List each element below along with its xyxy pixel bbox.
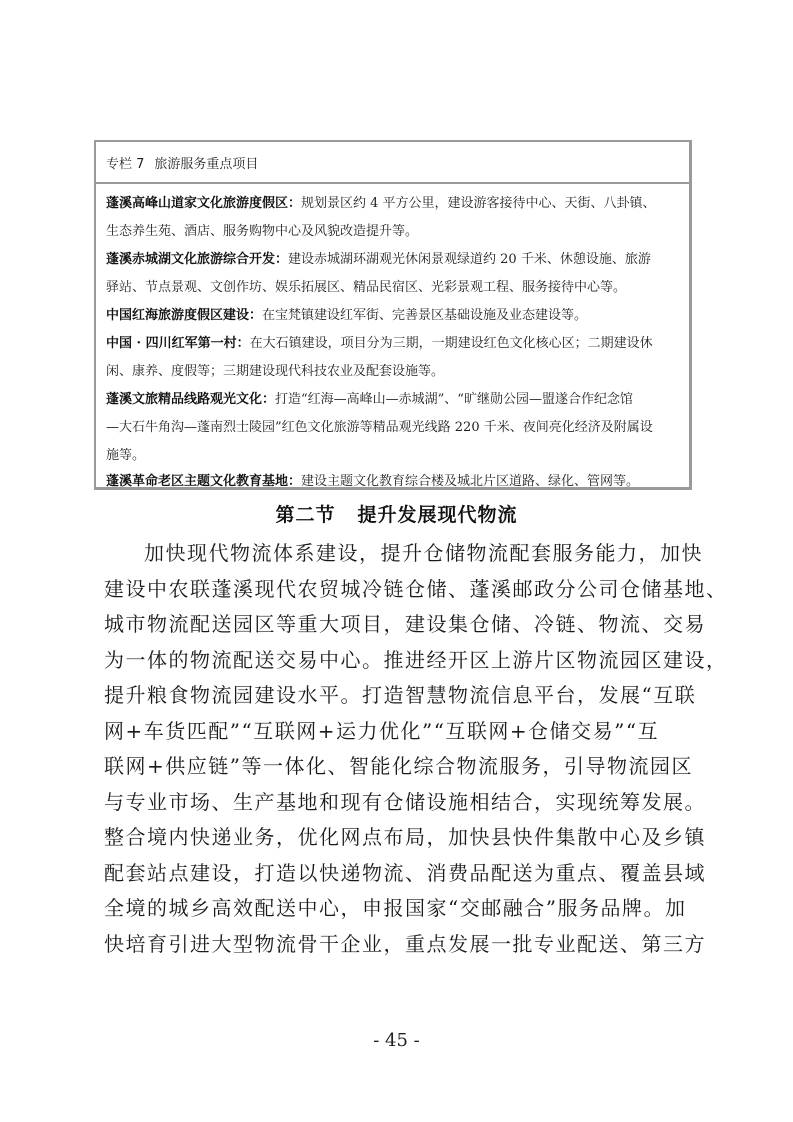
paragraph-line: 网+车货匹配”“互联网+运力优化”“互联网+仓储交易”“互 — [104, 714, 696, 750]
paragraph-line: 快培育引进大型物流骨干企业，重点发展一批专业配送、第三方 — [104, 927, 696, 963]
project-desc: 生态养生苑、酒店、服务购物中心及风貌改造提升等。 — [106, 224, 418, 239]
paragraph-line: 城市物流配送园区等重大项目，建设集仓储、冷链、物流、交易 — [104, 607, 696, 643]
paragraph-line: 建设中农联蓬溪现代农贸城冷链仓储、蓬溪邮政分公司仓储基地、 — [104, 572, 696, 608]
document-page: 专栏 7 旅游服务重点项目 蓬溪高峰山道家文化旅游度假区：规划景区约 4 平方公… — [0, 0, 793, 1122]
project-desc: 施等。 — [106, 448, 145, 463]
project-item: 蓬溪赤城湖文化旅游综合开发：建设赤城湖环湖观光休闲景观绿道约 20 千米、休憩设… — [106, 246, 679, 302]
section-number: 第二节 — [275, 504, 335, 526]
project-name: 蓬溪文旅精品线路观光文化： — [106, 392, 275, 407]
paragraph-line: 加快现代物流体系建设，提升仓储物流配套服务能力，加快 — [104, 536, 696, 572]
section-heading: 第二节提升发展现代物流 — [0, 500, 793, 527]
project-item: 蓬溪文旅精品线路观光文化：打造“红海—高峰山—赤城湖”、“旷继勋公园—盟遂合作纪… — [106, 386, 679, 470]
project-desc: 驿站、节点景观、文创作坊、娱乐拓展区、精品民宿区、光彩景观工程、服务接待中心等。 — [106, 280, 626, 295]
project-item: 中国红海旅游度假区建设：在宝梵镇建设红军街、完善景区基础设施及业态建设等。 — [106, 302, 679, 330]
project-desc: 建设主题文化教育综合楼及城北片区道路、绿化、管网等。 — [301, 474, 639, 489]
paragraph-line: 联网+供应链”等一体化、智能化综合物流服务，引导物流园区 — [104, 749, 696, 785]
box-body: 蓬溪高峰山道家文化旅游度假区：规划景区约 4 平方公里，建设游客接待中心、天街、… — [96, 184, 689, 494]
project-desc: 闲、康养、度假等；三期建设现代科技农业及配套设施等。 — [106, 364, 444, 379]
project-desc: —大石牛角沟—蓬南烈士陵园”红色文化旅游等精品观光线路 220 千米、夜间亮化经… — [106, 420, 653, 435]
project-desc: 建设赤城湖环湖观光休闲景观绿道约 20 千米、休憩设施、旅游 — [288, 252, 651, 267]
paragraph-line: 提升粮食物流园建设水平。打造智慧物流信息平台，发展“互联 — [104, 678, 696, 714]
sidebar-box-tourism-projects: 专栏 7 旅游服务重点项目 蓬溪高峰山道家文化旅游度假区：规划景区约 4 平方公… — [94, 140, 692, 490]
project-desc: 在宝梵镇建设红军街、完善景区基础设施及业态建设等。 — [262, 308, 587, 323]
body-paragraph: 加快现代物流体系建设，提升仓储物流配套服务能力，加快 建设中农联蓬溪现代农贸城冷… — [104, 536, 696, 962]
project-desc: 在大石镇建设，项目分为三期，一期建设红色文化核心区；二期建设休 — [250, 336, 653, 351]
project-name: 中国红海旅游度假区建设： — [106, 308, 262, 323]
box-header: 专栏 7 旅游服务重点项目 — [96, 142, 689, 184]
project-name: 蓬溪高峰山道家文化旅游度假区： — [106, 196, 301, 211]
project-item: 中国 · 四川红军第一村：在大石镇建设，项目分为三期，一期建设红色文化核心区；二… — [106, 330, 679, 386]
project-name: 蓬溪革命老区主题文化教育基地： — [106, 474, 301, 489]
project-desc: 打造“红海—高峰山—赤城湖”、“旷继勋公园—盟遂合作纪念馆 — [275, 392, 633, 407]
project-item: 蓬溪高峰山道家文化旅游度假区：规划景区约 4 平方公里，建设游客接待中心、天街、… — [106, 190, 679, 246]
paragraph-line: 为一体的物流配送交易中心。推进经开区上游片区物流园区建设， — [104, 643, 696, 679]
project-desc: 规划景区约 4 平方公里，建设游客接待中心、天街、八卦镇、 — [301, 196, 656, 211]
paragraph-line: 整合境内快递业务，优化网点布局，加快县快件集散中心及乡镇 — [104, 820, 696, 856]
page-number: - 45 - — [0, 1030, 793, 1051]
box-title: 旅游服务重点项目 — [154, 153, 258, 172]
box-label: 专栏 7 — [106, 153, 144, 172]
paragraph-line: 全境的城乡高效配送中心，申报国家“交邮融合”服务品牌。加 — [104, 891, 696, 927]
project-name: 蓬溪赤城湖文化旅游综合开发： — [106, 252, 288, 267]
section-title: 提升发展现代物流 — [358, 504, 518, 526]
paragraph-line: 与专业市场、生产基地和现有仓储设施相结合，实现统筹发展。 — [104, 785, 696, 821]
paragraph-line: 配套站点建设，打造以快递物流、消费品配送为重点、覆盖县域 — [104, 856, 696, 892]
project-item: 蓬溪革命老区主题文化教育基地：建设主题文化教育综合楼及城北片区道路、绿化、管网等… — [106, 470, 679, 494]
project-name: 中国 · 四川红军第一村： — [106, 336, 250, 351]
